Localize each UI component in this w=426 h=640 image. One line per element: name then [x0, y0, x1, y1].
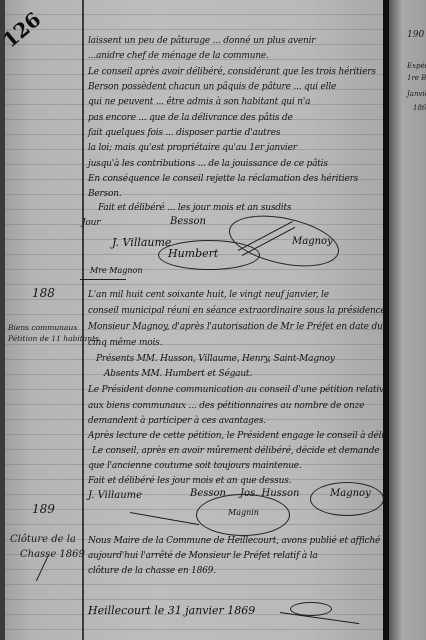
text-line: demandent à participer à ces avantages. [88, 416, 266, 426]
text-line: Après lecture de cette pétition, le Prés… [88, 431, 383, 441]
signature: J. Villaume [112, 236, 171, 249]
margin-note-line: Pétition de 11 habitants [8, 333, 99, 344]
adjacent-fragment: 1869 [413, 104, 426, 112]
ledger-page: 126 laissent un peu de pâturage ... donn… [0, 0, 383, 640]
margin-note-line: Biens communaux [8, 322, 99, 333]
text-line: Berson. [88, 189, 122, 199]
signature: Mre Magnon [90, 266, 143, 275]
text-line: En conséquence le conseil rejette la réc… [88, 174, 358, 184]
adjacent-page: 190 Expédition 1re Bat... Janvier 1869 [383, 0, 426, 640]
signature: Besson [170, 216, 206, 227]
date-line: Heillecourt le 31 janvier 1869 [88, 604, 255, 617]
signature-flourish [196, 494, 290, 536]
adjacent-entry-number: 190 [407, 30, 424, 40]
text-line: aujourd'hui l'arrêté de Monsieur le Préf… [88, 551, 318, 561]
text-line: Fait et délibéré ... les jour mois et an… [98, 203, 291, 213]
text-line: que l'ancienne coutume soit toujours mai… [88, 461, 302, 471]
text-line: Monsieur Magnoy, d'après l'autorisation … [88, 322, 383, 332]
page-edge [0, 0, 5, 640]
closing-word: Jour [82, 218, 100, 228]
text-line: Fait et délibéré les jour mois et an que… [88, 476, 291, 486]
signature-flourish [310, 482, 383, 516]
margin-note: Biens communaux Pétition de 11 habitants [8, 322, 99, 344]
signature-underline [80, 279, 126, 280]
adjacent-fragment: 1re Bat... [407, 74, 426, 82]
text-line: pas encore ... que de la délivrance des … [88, 113, 293, 123]
text-line: la loi; mais qu'est propriétaire qu'au 1… [88, 143, 297, 153]
text-line: fait quelques fois ... disposer partie d… [88, 128, 280, 138]
text-line: Berson possèdent chacun un pâquis de pât… [88, 82, 336, 92]
binding-gutter [383, 0, 389, 640]
text-line: aux biens communaux ... des pétitionnair… [88, 401, 364, 411]
text-line: ...anidre chef de ménage de la commune. [88, 51, 269, 61]
signature: J. Villaume [88, 490, 142, 501]
text-line: qui ne peuvent ... être admis à son habi… [88, 97, 310, 107]
text-line: jusqu'à les contributions ... de la joui… [88, 159, 328, 169]
text-line: cinq même mois. [88, 338, 162, 348]
text-line: Nous Maire de la Commune de Heillecourt,… [88, 536, 380, 546]
text-line: Le conseil, après en avoir mûrement déli… [92, 446, 379, 456]
text-line: Le Président donne communication au cons… [88, 385, 383, 395]
text-line: Le conseil après avoir délibéré, considé… [88, 67, 376, 77]
text-line: Absents MM. Humbert et Ségaut. [104, 369, 252, 379]
margin-note-line: Clôture de la [10, 532, 85, 547]
text-line: laissent un peu de pâturage ... donné un… [88, 36, 315, 46]
text-line: L'an mil huit cent soixante huit, le vin… [88, 290, 329, 300]
text-line: clôture de la chasse en 1869. [88, 566, 216, 576]
entry-number: 188 [32, 286, 55, 300]
text-line: Présents MM. Husson, Villaume, Henry, Sa… [96, 354, 335, 364]
adjacent-fragment: Expédition [407, 62, 426, 70]
text-line: conseil municipal réuni en séance extrao… [88, 306, 383, 316]
entry-number: 189 [32, 502, 55, 516]
adjacent-fragment: Janvier [407, 90, 426, 98]
